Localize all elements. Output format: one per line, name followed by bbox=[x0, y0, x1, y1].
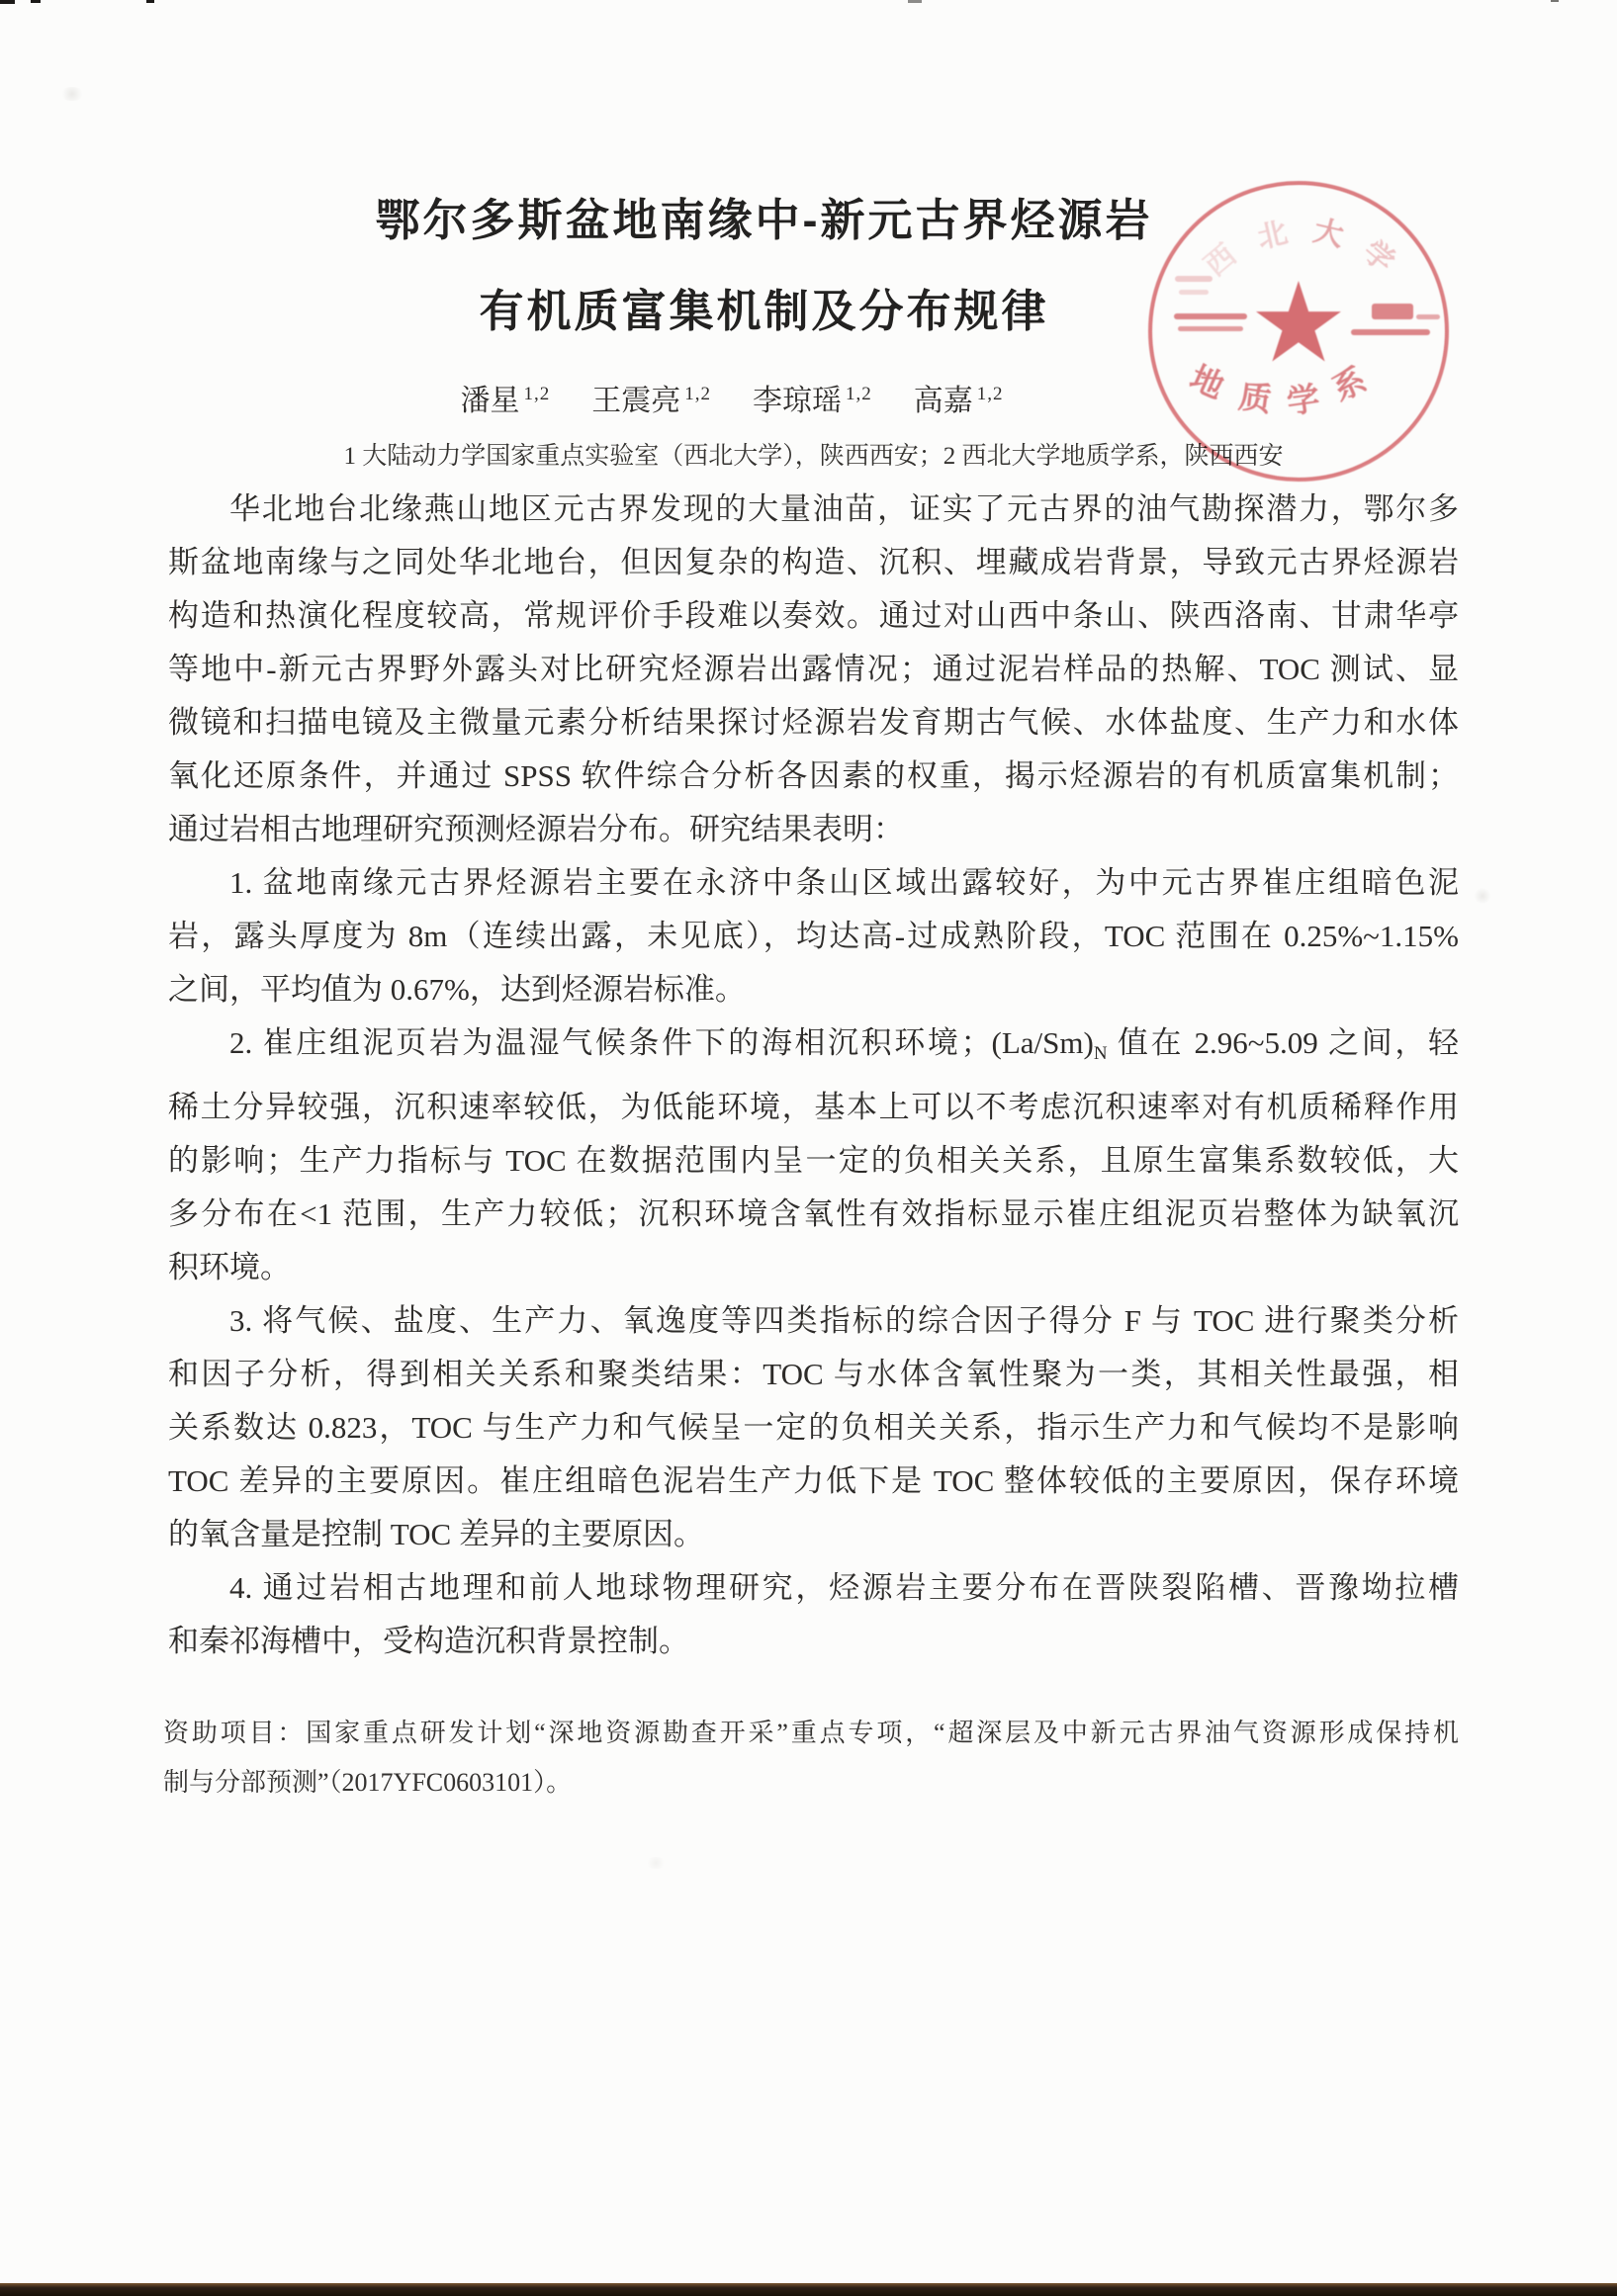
author: 潘星1,2 bbox=[461, 376, 551, 419]
stamp-left-bar bbox=[1174, 313, 1247, 319]
scan-edge-artifact bbox=[0, 2283, 1617, 2296]
abstract-line: 岩，露头厚度为 8m（连续出露，未见底），均达高-过成熟阶段，TOC 范围在 0… bbox=[168, 910, 1459, 963]
stamp-right-hatch bbox=[1372, 304, 1413, 319]
abstract-line: 2. 崔庄组泥页岩为温湿气候条件下的海相沉积环境；(La/Sm)N 值在 2.9… bbox=[168, 1016, 1459, 1081]
funding-line: 资助项目：国家重点研发计划“深地资源勘查开采”重点专项，“超深层及中新元古界油气… bbox=[163, 1709, 1459, 1758]
scan-smudge bbox=[645, 1857, 667, 1869]
abstract-line: 和因子分析，得到相关关系和聚类结果：TOC 与水体含氧性聚为一类，其相关性最强，… bbox=[168, 1348, 1459, 1401]
abstract-body: 华北地台北缘燕山地区元古界发现的大量油苗，证实了元古界的油气勘探潜力，鄂尔多斯盆… bbox=[168, 483, 1459, 1668]
stamp-faint-mark bbox=[1175, 276, 1213, 282]
scan-smudge bbox=[1474, 888, 1491, 904]
abstract-line: 微镜和扫描电镜及主微量元素分析结果探讨烃源岩发育期古气候、水体盐度、生产力和水体 bbox=[168, 696, 1459, 750]
abstract-line: TOC 差异的主要原因。崔庄组暗色泥岩生产力低下是 TOC 整体较低的主要原因，… bbox=[168, 1455, 1459, 1508]
stamp-right-bar bbox=[1416, 314, 1440, 319]
abstract-line: 斯盆地南缘与之同处华北地台，但因复杂的构造、沉积、埋藏成岩背景，导致元古界烃源岩 bbox=[168, 536, 1459, 589]
funding-note: 资助项目：国家重点研发计划“深地资源勘查开采”重点专项，“超深层及中新元古界油气… bbox=[163, 1709, 1459, 1808]
author: 李琼瑶1,2 bbox=[753, 376, 872, 419]
abstract-line: 氧化还原条件，并通过 SPSS 软件综合分析各因素的权重，揭示烃源岩的有机质富集… bbox=[168, 750, 1459, 803]
stamp-right-bar bbox=[1351, 329, 1430, 335]
abstract-line: 华北地台北缘燕山地区元古界发现的大量油苗，证实了元古界的油气勘探潜力，鄂尔多 bbox=[168, 483, 1459, 536]
abstract-line: 关系数达 0.823，TOC 与生产力和气候呈一定的负相关关系，指示生产力和气候… bbox=[168, 1401, 1459, 1455]
abstract-line: 4. 通过岩相古地理和前人地球物理研究，烃源岩主要分布在晋陕裂陷槽、晋豫坳拉槽 bbox=[168, 1561, 1459, 1615]
abstract-line: 积环境。 bbox=[168, 1241, 1459, 1294]
funding-line: 制与分部预测”（2017YFC0603101）。 bbox=[163, 1758, 1459, 1808]
author: 王震亮1,2 bbox=[591, 376, 711, 419]
abstract-line: 之间，平均值为 0.67%，达到烃源岩标准。 bbox=[168, 963, 1459, 1016]
abstract-line: 多分布在<1 范围，生产力较低；沉积环境含氧性有效指标显示崔庄组泥页岩整体为缺氧… bbox=[168, 1188, 1459, 1241]
author: 高嘉1,2 bbox=[914, 376, 1004, 419]
author-superscript: 1,2 bbox=[846, 384, 872, 404]
scan-smudge bbox=[59, 87, 85, 101]
abstract-line: 等地中-新元古界野外露头对比研究烃源岩出露情况；通过泥岩样品的热解、TOC 测试… bbox=[168, 643, 1459, 696]
stamp-arc-char: 质 bbox=[1236, 371, 1275, 421]
scanned-document-page: 鄂尔多斯盆地南缘中-新元古界烃源岩 有机质富集机制及分布规律 潘星1,2王震亮1… bbox=[0, 0, 1617, 2296]
department-seal-stamp: ★ 西北大学 地质学系 bbox=[1148, 181, 1449, 482]
author-superscript: 1,2 bbox=[977, 384, 1004, 404]
abstract-line: 稀土分异较强，沉积速率较低，为低能环境，基本上可以不考虑沉积速率对有机质稀释作用 bbox=[168, 1081, 1459, 1134]
abstract-line: 构造和热演化程度较高，常规评价手段难以奏效。通过对山西中条山、陕西洛南、甘肃华亭 bbox=[168, 589, 1459, 643]
scan-speck bbox=[31, 0, 41, 3]
stamp-faint-mark bbox=[1179, 290, 1209, 295]
stamp-arc-char: 学 bbox=[1284, 373, 1322, 423]
scan-speck bbox=[1551, 0, 1559, 2]
abstract-line: 3. 将气候、盐度、生产力、氧逸度等四类指标的综合因子得分 F 与 TOC 进行… bbox=[168, 1294, 1459, 1348]
abstract-line: 的影响；生产力指标与 TOC 在数据范围内呈一定的负相关关系，且原生富集系数较低… bbox=[168, 1134, 1459, 1188]
abstract-line: 的氧含量是控制 TOC 差异的主要原因。 bbox=[168, 1508, 1459, 1561]
scan-speck bbox=[0, 0, 15, 4]
author-superscript: 1,2 bbox=[684, 384, 711, 404]
scan-speck bbox=[146, 0, 154, 3]
author-superscript: 1,2 bbox=[524, 384, 551, 404]
stamp-left-bar bbox=[1178, 326, 1243, 331]
abstract-line: 通过岩相古地理研究预测烃源岩分布。研究结果表明： bbox=[168, 803, 1459, 856]
abstract-line: 和秦祁海槽中，受构造沉积背景控制。 bbox=[168, 1615, 1459, 1668]
scan-speck bbox=[908, 0, 922, 3]
abstract-line: 1. 盆地南缘元古界烃源岩主要在永济中条山区域出露较好，为中元古界崔庄组暗色泥 bbox=[168, 856, 1459, 910]
